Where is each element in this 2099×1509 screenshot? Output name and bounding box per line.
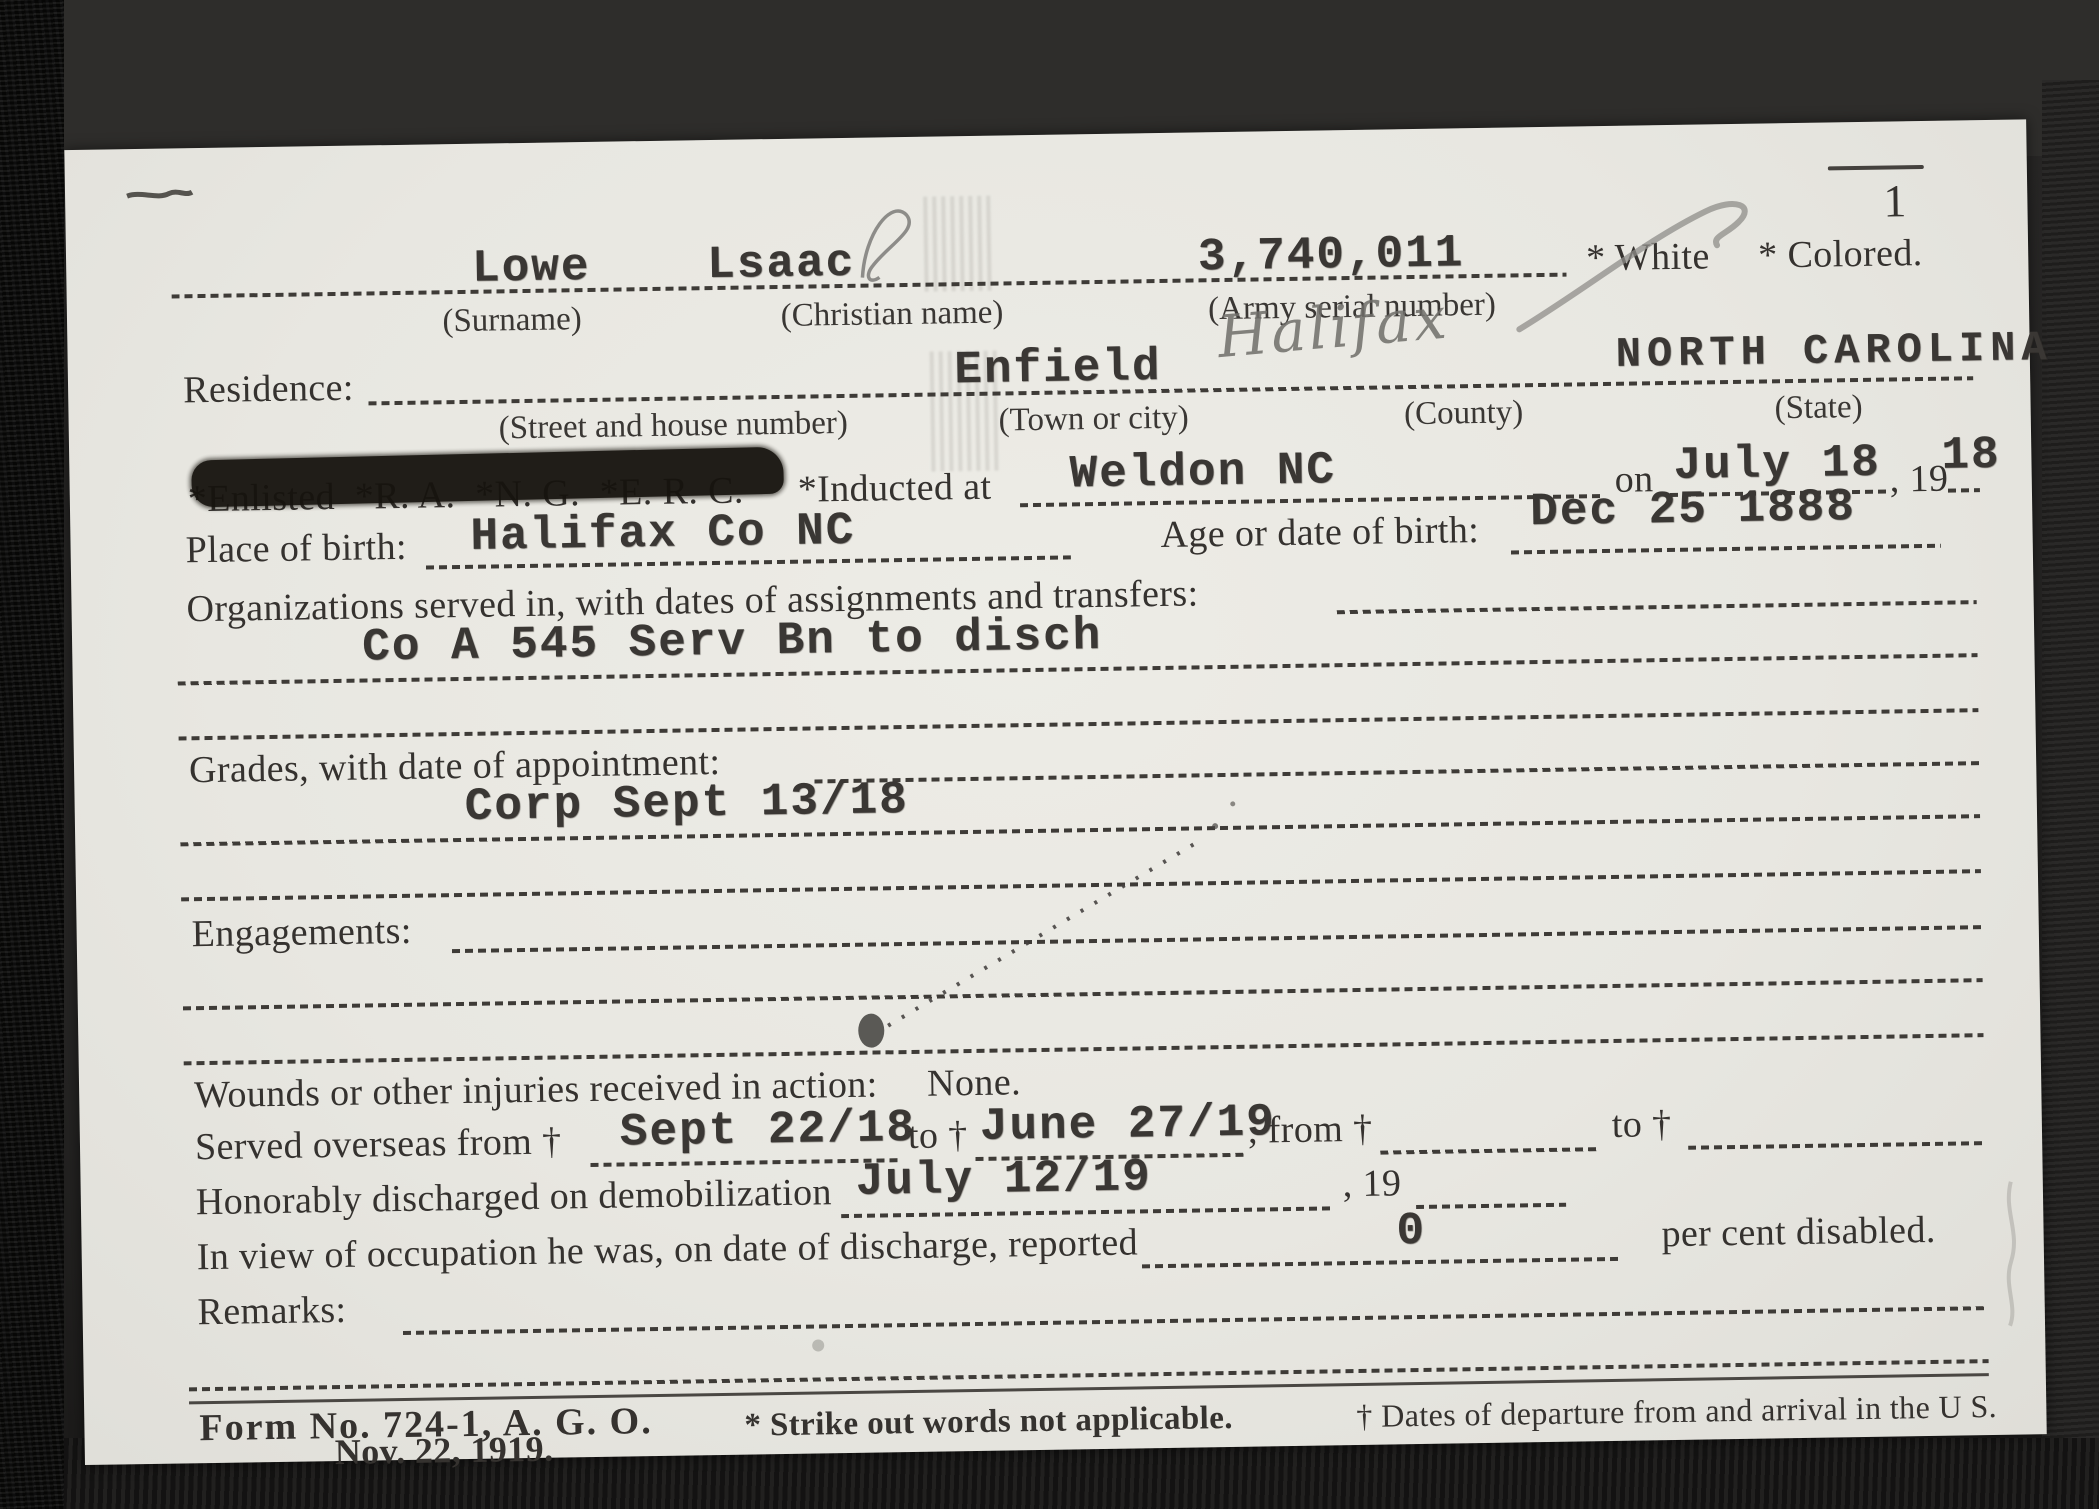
engagements-line-1 [452,925,1982,953]
remarks-label: Remarks: [197,1290,346,1332]
service-record-card: 1 Lowe Lsaac 3,740,011 * White * Colored… [64,119,2046,1465]
christian-name-label: (Christian name) [767,295,1018,333]
paper-speck [812,1339,824,1351]
overseas-from2-label: , from † [1248,1109,1373,1151]
overseas-to2-line [1688,1141,1985,1150]
state-label: (State) [1718,389,1919,426]
handwritten-loop-mark [861,211,910,280]
organizations-value: Co A 545 Serv Bn to disch [362,613,1103,671]
serial-number-value: 3,740,011 [1196,230,1467,280]
inducted-at-label: *Inducted at [797,467,991,510]
organizations-line-3 [179,708,1979,740]
disability-line [1142,1257,1622,1269]
disability-suffix: per cent disabled. [1661,1210,1936,1254]
overseas-to1-value: June 27/19 [979,1099,1276,1150]
christian-name-value: Lsaac [696,240,867,289]
place-of-birth-label: Place of birth: [185,527,407,570]
residence-label: Residence: [183,368,354,411]
county-label: (County) [1363,395,1564,432]
town-label: (Town or city) [973,400,1214,438]
edge-pencil-smudge [2007,1182,2015,1326]
inducted-year-line [1948,488,1980,493]
scratch-dot [1230,801,1235,806]
page-number: 1 [1883,181,1907,221]
overseas-from1-line [590,1158,900,1167]
residence-town-value: Enfield [938,344,1179,394]
wounds-value: None. [927,1062,1021,1103]
footer-note-dates: † Dates of departure from and arrival in… [1356,1386,1997,1436]
birth-date-value: Dec 25 1888 [1530,484,1856,535]
overseas-from1-value: Sept 22/18 [619,1105,916,1156]
surname-label: (Surname) [412,302,613,339]
grades-value: Corp Sept 13/18 [464,777,909,830]
place-of-birth-value: Halifax Co NC [470,508,856,560]
race-option-white: * White [1586,236,1710,278]
inducted-year-value: 18 [1941,432,2001,479]
ink-ghost-streak [923,196,996,292]
age-line [1511,544,1941,555]
race-option-colored: * Colored. [1758,233,1923,276]
disability-label: In view of occupation he was, on date of… [196,1222,1138,1277]
overseas-from2-line [1380,1147,1600,1154]
inducted-place-value: Weldon NC [1069,447,1336,497]
residence-county-handwritten: Halifax [1215,288,1451,366]
disability-value: 0 [1396,1208,1426,1254]
overseas-label: Served overseas from † [195,1121,562,1167]
stray-dash-mark [127,192,192,196]
inducted-year-prefix: , 19 [1889,459,1948,500]
overseas-to1-label: to † [908,1115,968,1156]
engagements-line-2 [183,978,1983,1010]
scanned-card-stage: 1 Lowe Lsaac 3,740,011 * White * Colored… [0,0,2099,1509]
grades-line-2 [180,814,1980,846]
discharge-date-line [841,1206,1331,1218]
remarks-line [403,1306,1988,1335]
form-date: Nov. 22, 1919. [335,1429,554,1472]
organizations-line-1 [1337,600,1977,614]
grades-line-3 [181,869,1981,901]
discharge-year-prefix: , 19 [1342,1163,1401,1204]
discharge-date-value: July 12/19 [855,1154,1152,1205]
book-spine-edge [0,0,64,1509]
page-corner-mark [1828,165,1924,171]
scratch-blob [858,1013,885,1047]
age-label: Age or date of birth: [1160,510,1479,555]
surname-value: Lowe [446,244,617,293]
footer-note-strike: * Strike out words not applicable. [744,1398,1233,1446]
overseas-to2-label: to † [1612,1104,1672,1145]
residence-state-value: NORTH CAROLINA [1615,325,2053,378]
grades-line-1 [814,761,1979,783]
discharge-label: Honorably discharged on demobilization [196,1172,833,1222]
street-label: (Street and house number) [499,406,839,445]
discharge-year-line [1416,1203,1566,1209]
engagements-line-3 [184,1033,1984,1065]
engagements-label: Engagements: [191,911,412,954]
scanner-background-right [2042,80,2099,1509]
